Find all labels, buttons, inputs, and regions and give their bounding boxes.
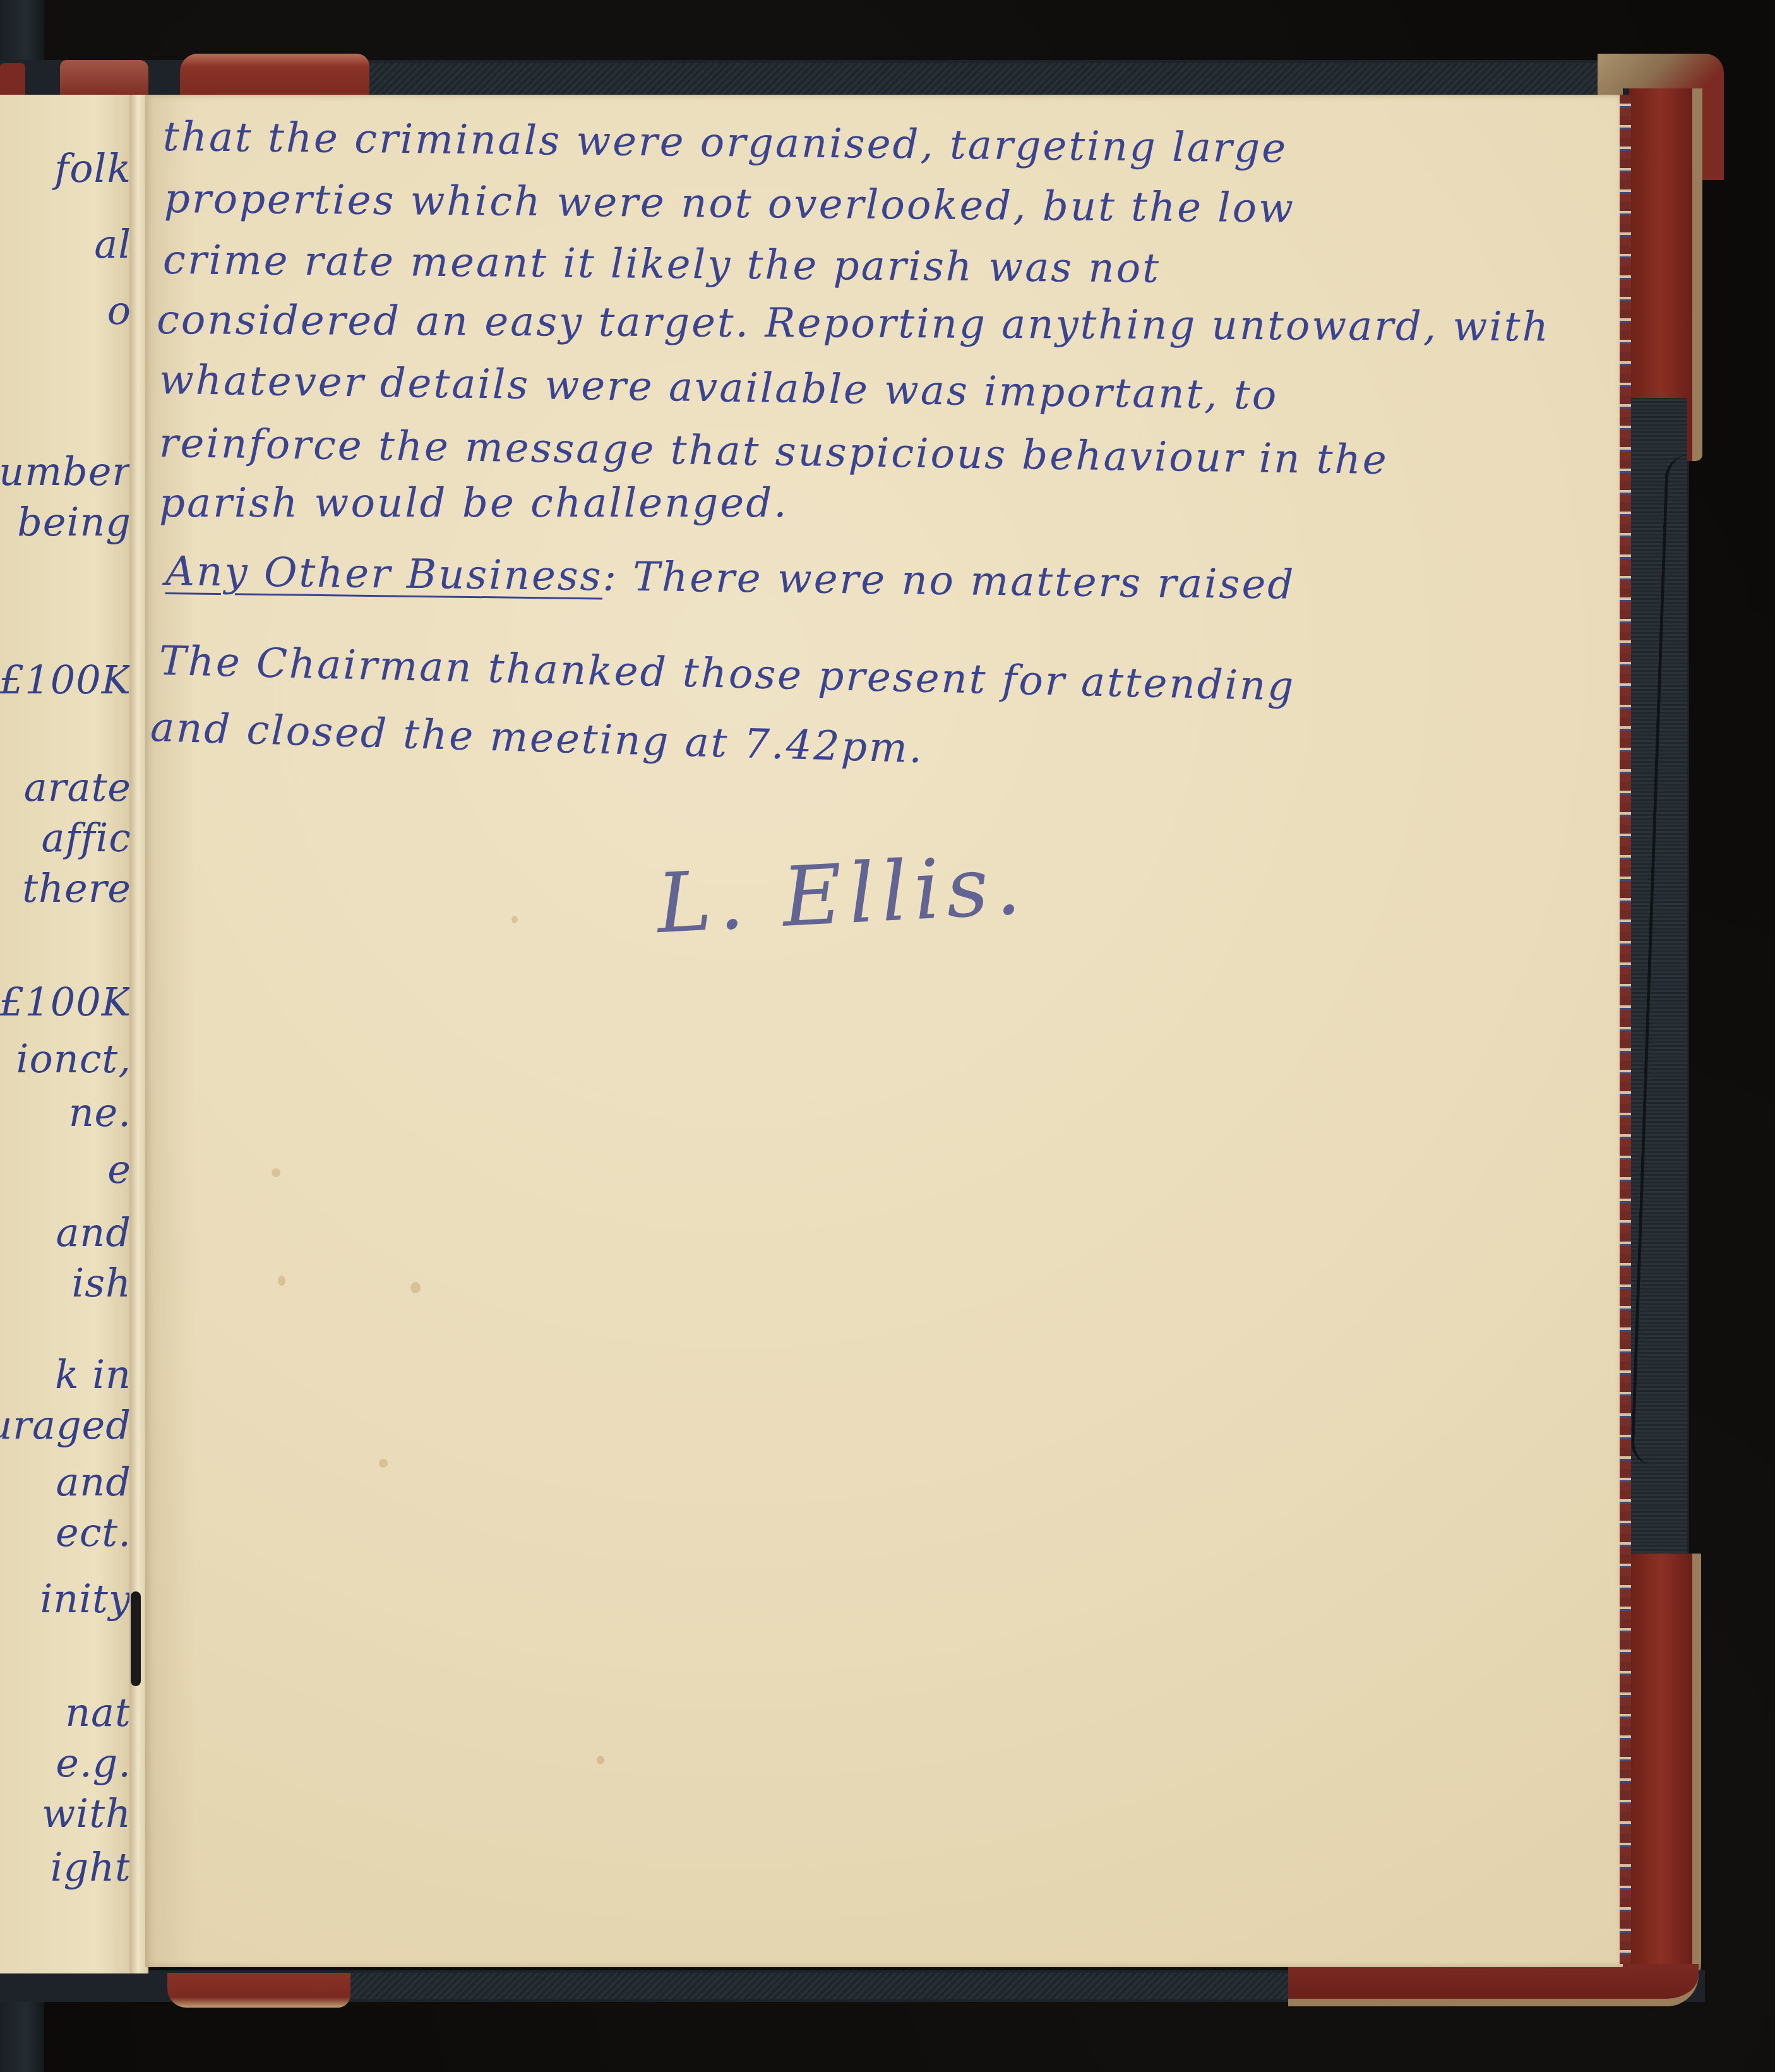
left-page-fragment: and — [56, 1459, 131, 1505]
left-page-fragment: ish — [71, 1260, 131, 1306]
minutes-line: parish would be challenged. — [159, 480, 789, 527]
left-page-fragment: there — [22, 865, 131, 911]
left-page: folk al o umber being £100K arate affic … — [0, 95, 139, 1973]
left-page-fragment: nat — [65, 1689, 131, 1735]
minutes-page: that the criminals were organised, targe… — [145, 95, 1623, 1967]
left-page-fragment: ight — [51, 1844, 131, 1890]
leather-corner-bottom-right — [1288, 1964, 1699, 2006]
minutes-line: whatever details were available was impo… — [158, 357, 1278, 419]
aob-text: : There were no matters raised — [602, 553, 1296, 608]
left-page-fragment: £100K — [0, 979, 131, 1025]
foxing-spot — [511, 916, 518, 923]
minutes-line: that the criminals were organised, targe… — [163, 114, 1288, 172]
left-page-fragment: with — [42, 1790, 131, 1836]
foxing-spot — [379, 1459, 388, 1468]
left-page-fragment: ionct, — [16, 1036, 131, 1082]
left-page-fragment: £100K — [0, 657, 131, 703]
left-page-fragment: being — [17, 499, 131, 545]
minutes-line: reinforce the message that suspicious be… — [158, 420, 1389, 484]
left-page-fragment: ne. — [69, 1089, 131, 1135]
closing-line: The Chairman thanked those present for a… — [158, 638, 1296, 710]
leather-trim — [0, 63, 25, 98]
left-page-fragment: k in — [55, 1351, 131, 1398]
aob-heading: Any Other Business — [165, 548, 603, 600]
minutes-line: properties which were not overlooked, bu… — [164, 176, 1296, 232]
left-page-fragment: al — [94, 221, 131, 267]
leather-trim — [180, 54, 369, 98]
cloth-cover-top — [369, 63, 1601, 98]
marbled-page-edge — [1620, 95, 1631, 1964]
foxing-spot — [597, 1756, 604, 1764]
left-page-fragment: arate — [24, 764, 131, 810]
left-page-fragment: inity — [40, 1576, 131, 1622]
minutes-line: considered an easy target. Reporting any… — [157, 297, 1550, 351]
left-page-fragment: e.g. — [56, 1740, 131, 1786]
left-page-fragment: affic — [42, 815, 131, 861]
closing-line: and closed the meeting at 7.42pm. — [150, 704, 924, 772]
left-page-fragment: e — [107, 1146, 131, 1192]
left-page-fragment: o — [107, 287, 131, 333]
binding-clip — [131, 1591, 141, 1686]
left-page-fragment: ouraged — [0, 1402, 131, 1448]
foxing-spot — [278, 1276, 285, 1286]
left-page-fragment: and — [56, 1209, 131, 1255]
leather-trim-bottom — [167, 1973, 350, 2008]
foxing-spot — [272, 1168, 280, 1177]
left-page-fragment: ect. — [56, 1509, 131, 1555]
leather-corner-right-bottom — [1629, 1554, 1701, 1989]
left-page-fragment: umber — [0, 448, 131, 494]
aob-line: Any Other Business: There were no matter… — [165, 548, 1296, 609]
foxing-spot — [410, 1282, 421, 1293]
leather-trim — [60, 60, 148, 98]
left-page-fragment: folk — [54, 145, 131, 191]
signature: L. Ellis. — [654, 837, 1029, 952]
minutes-line: crime rate meant it likely the parish wa… — [163, 237, 1161, 292]
